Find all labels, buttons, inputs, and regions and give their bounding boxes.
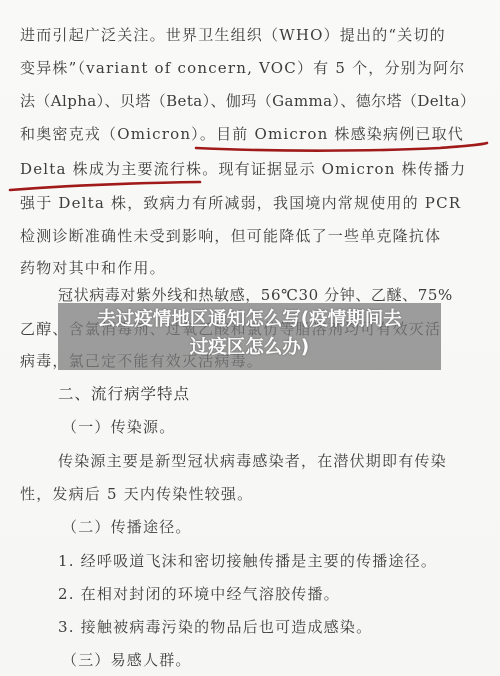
text-line-8: 药物对其中和作用。 xyxy=(20,258,166,278)
text-line-4: 和奥密克戎（Omicron）。目前 Omicron 株感染病例已取代 xyxy=(20,124,464,144)
text-line-3: 法（Alpha）、贝塔（Beta）、伽玛（Gamma）、德尔塔（Delta） xyxy=(20,91,475,111)
overlay-title-line-1: 去过疫情地区通知怎么写(疫情期间去 xyxy=(58,306,441,334)
list-item-1: 1. 经呼吸道飞沫和密切接触传播是主要的传播途径。 xyxy=(58,551,437,571)
overlay-title: 去过疫情地区通知怎么写(疫情期间去 过疫区怎么办) xyxy=(58,306,441,362)
underline-stroke-1 xyxy=(196,143,487,151)
list-item-2: 2. 在相对封闭的环境中经气溶胶传播。 xyxy=(58,584,340,604)
subheading-transmission-source: （一）传染源。 xyxy=(62,417,175,437)
text-line-1: 进而引起广泛关注。世界卫生组织（WHO）提出的“关切的 xyxy=(20,25,446,45)
text-line-7: 检测诊断准确性未受到影响，但可能降低了一些单克隆抗体 xyxy=(20,226,441,246)
subheading-susceptible-population: （三）易感人群。 xyxy=(62,650,192,670)
section-heading: 二、流行病学特点 xyxy=(58,384,190,404)
text-line-5: Delta 株成为主要流行株。现有证据显示 Omicron 株传播力 xyxy=(20,159,466,179)
text-line-12: 传染源主要是新型冠状病毒感染者，在潜伏期即有传染 xyxy=(58,451,447,471)
text-line-9: 冠状病毒对紫外线和热敏感，56℃30 分钟、乙醚、75% xyxy=(58,285,453,305)
subheading-transmission-route: （二）传播途径。 xyxy=(62,517,192,537)
text-line-6: 强于 Delta 株，致病力有所减弱，我国境内常规使用的 PCR xyxy=(20,193,461,213)
text-line-13: 性，发病后 5 天内传染性较强。 xyxy=(20,484,253,504)
underline-stroke-2 xyxy=(10,182,200,190)
document-page: 进而引起广泛关注。世界卫生组织（WHO）提出的“关切的 变异株”（variant… xyxy=(0,0,500,676)
list-item-3: 3. 接触被病毒污染的物品后也可造成感染。 xyxy=(58,617,372,637)
overlay-title-line-2: 过疫区怎么办) xyxy=(58,334,441,362)
text-line-2: 变异株”（variant of concern, VOC）有 5 个，分别为阿尔 xyxy=(20,58,465,78)
